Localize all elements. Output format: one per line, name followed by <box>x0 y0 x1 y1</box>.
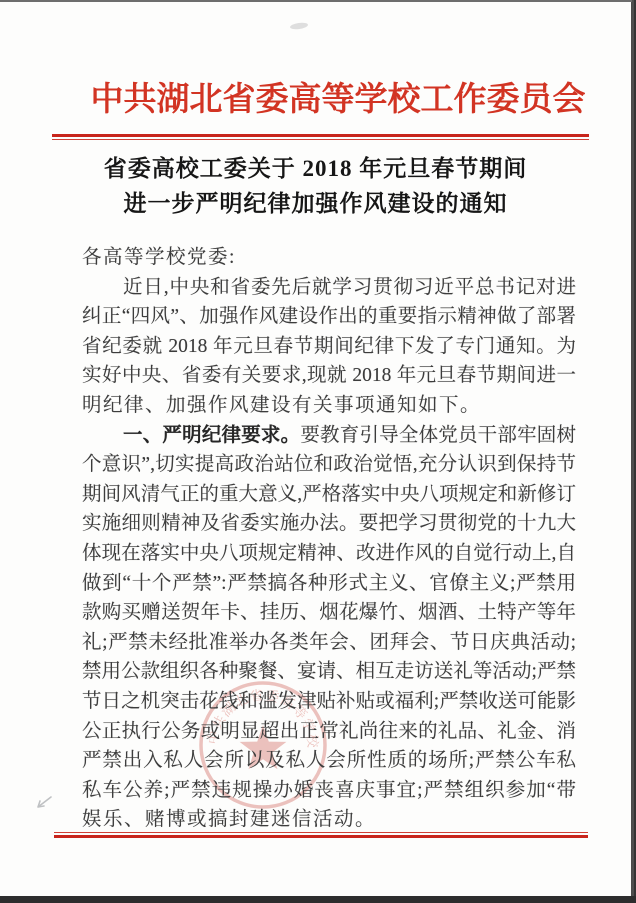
body-line: 一、严明纪律要求。要教育引导全体党员干部牢固树立“四 <box>82 421 576 451</box>
body-line: 禁用公款组织各种聚餐、宴请、相互走访送礼等活动;严禁借 <box>82 657 576 687</box>
body-line: 做到“十个严禁”:严禁搞各种形式主义、官僚主义;严禁用公 <box>82 569 576 599</box>
body-line: 礼;严禁未经批准举办各类年会、团拜会、节日庆典活动;严 <box>82 628 576 658</box>
letterhead-org-name: 中共湖北省委高等学校工作委员会 <box>45 73 631 120</box>
document-title: 省委高校工委关于 2018 年元旦春节期间 进一步严明纪律加强作风建设的通知 <box>0 151 631 221</box>
scan-edge-right <box>632 0 636 903</box>
body-line: 实好中央、省委有关要求,现就 2018 年元旦春节期间进一步严 <box>82 361 576 391</box>
letterhead-double-rule <box>52 134 589 140</box>
body-line: 实施细则精神及省委实施办法。要把学习贯彻党的十九大精神 <box>82 509 576 539</box>
body-line: 公正执行公务或明显超出正常礼尚往来的礼品、礼金、消费卡; <box>82 717 576 747</box>
document-page: 中共湖北省委高等学校工作委员会 省委高校工委关于 2018 年元旦春节期间 进一… <box>0 2 631 897</box>
scan-smudge <box>290 22 309 30</box>
body-line: 款购买赠送贺年卡、挂历、烟花爆竹、烟酒、土特产等年货节 <box>82 598 576 628</box>
body-line: 节日之机突击花钱和滥发津贴补贴或福利;严禁收送可能影响 <box>82 687 576 717</box>
body-lines: 各高等学校党委:近日,中央和省委先后就学习贯彻习近平总书记对进一步纠正“四风”、… <box>82 243 576 835</box>
document-title-line2: 进一步严明纪律加强作风建设的通知 <box>0 186 631 221</box>
footer-double-rule <box>54 832 588 838</box>
body-line: 体现在落实中央八项规定精神、改进作风的自觉行动上,自觉 <box>82 539 576 569</box>
body-line: 私车公养;严禁违规操办婚丧喜庆事宜;严禁组织参加“带彩” <box>82 776 576 806</box>
body-line: 省纪委就 2018 年元旦春节期间纪律下发了专门通知。为贯彻落 <box>82 332 576 362</box>
pencil-mark <box>30 791 56 817</box>
body-line: 各高等学校党委: <box>82 243 576 273</box>
scanned-document: { "document": { "header": { "org_name": … <box>0 0 636 903</box>
body-line: 个意识”,切实提高政治站位和政治觉悟,充分认识到保持节日 <box>82 450 576 480</box>
document-title-line1: 省委高校工委关于 2018 年元旦春节期间 <box>0 151 631 186</box>
section-heading: 一、严明纪律要求。 <box>123 425 300 446</box>
body-line: 近日,中央和省委先后就学习贯彻习近平总书记对进一步 <box>82 273 576 303</box>
scan-edge-bottom <box>0 896 636 903</box>
body-line: 娱乐、赌博或搞封建迷信活动。 <box>82 805 576 835</box>
scan-edge-top <box>0 0 636 2</box>
body-line: 纠正“四风”、加强作风建设作出的重要指示精神做了部署安排, <box>82 302 576 332</box>
body-line: 明纪律、加强作风建设有关事项通知如下。 <box>82 391 576 421</box>
body-line: 期间风清气正的重大意义,严格落实中央八项规定和新修订的 <box>82 480 576 510</box>
body-line: 严禁出入私人会所以及私人会所性质的场所;严禁公车私用、 <box>82 746 576 776</box>
